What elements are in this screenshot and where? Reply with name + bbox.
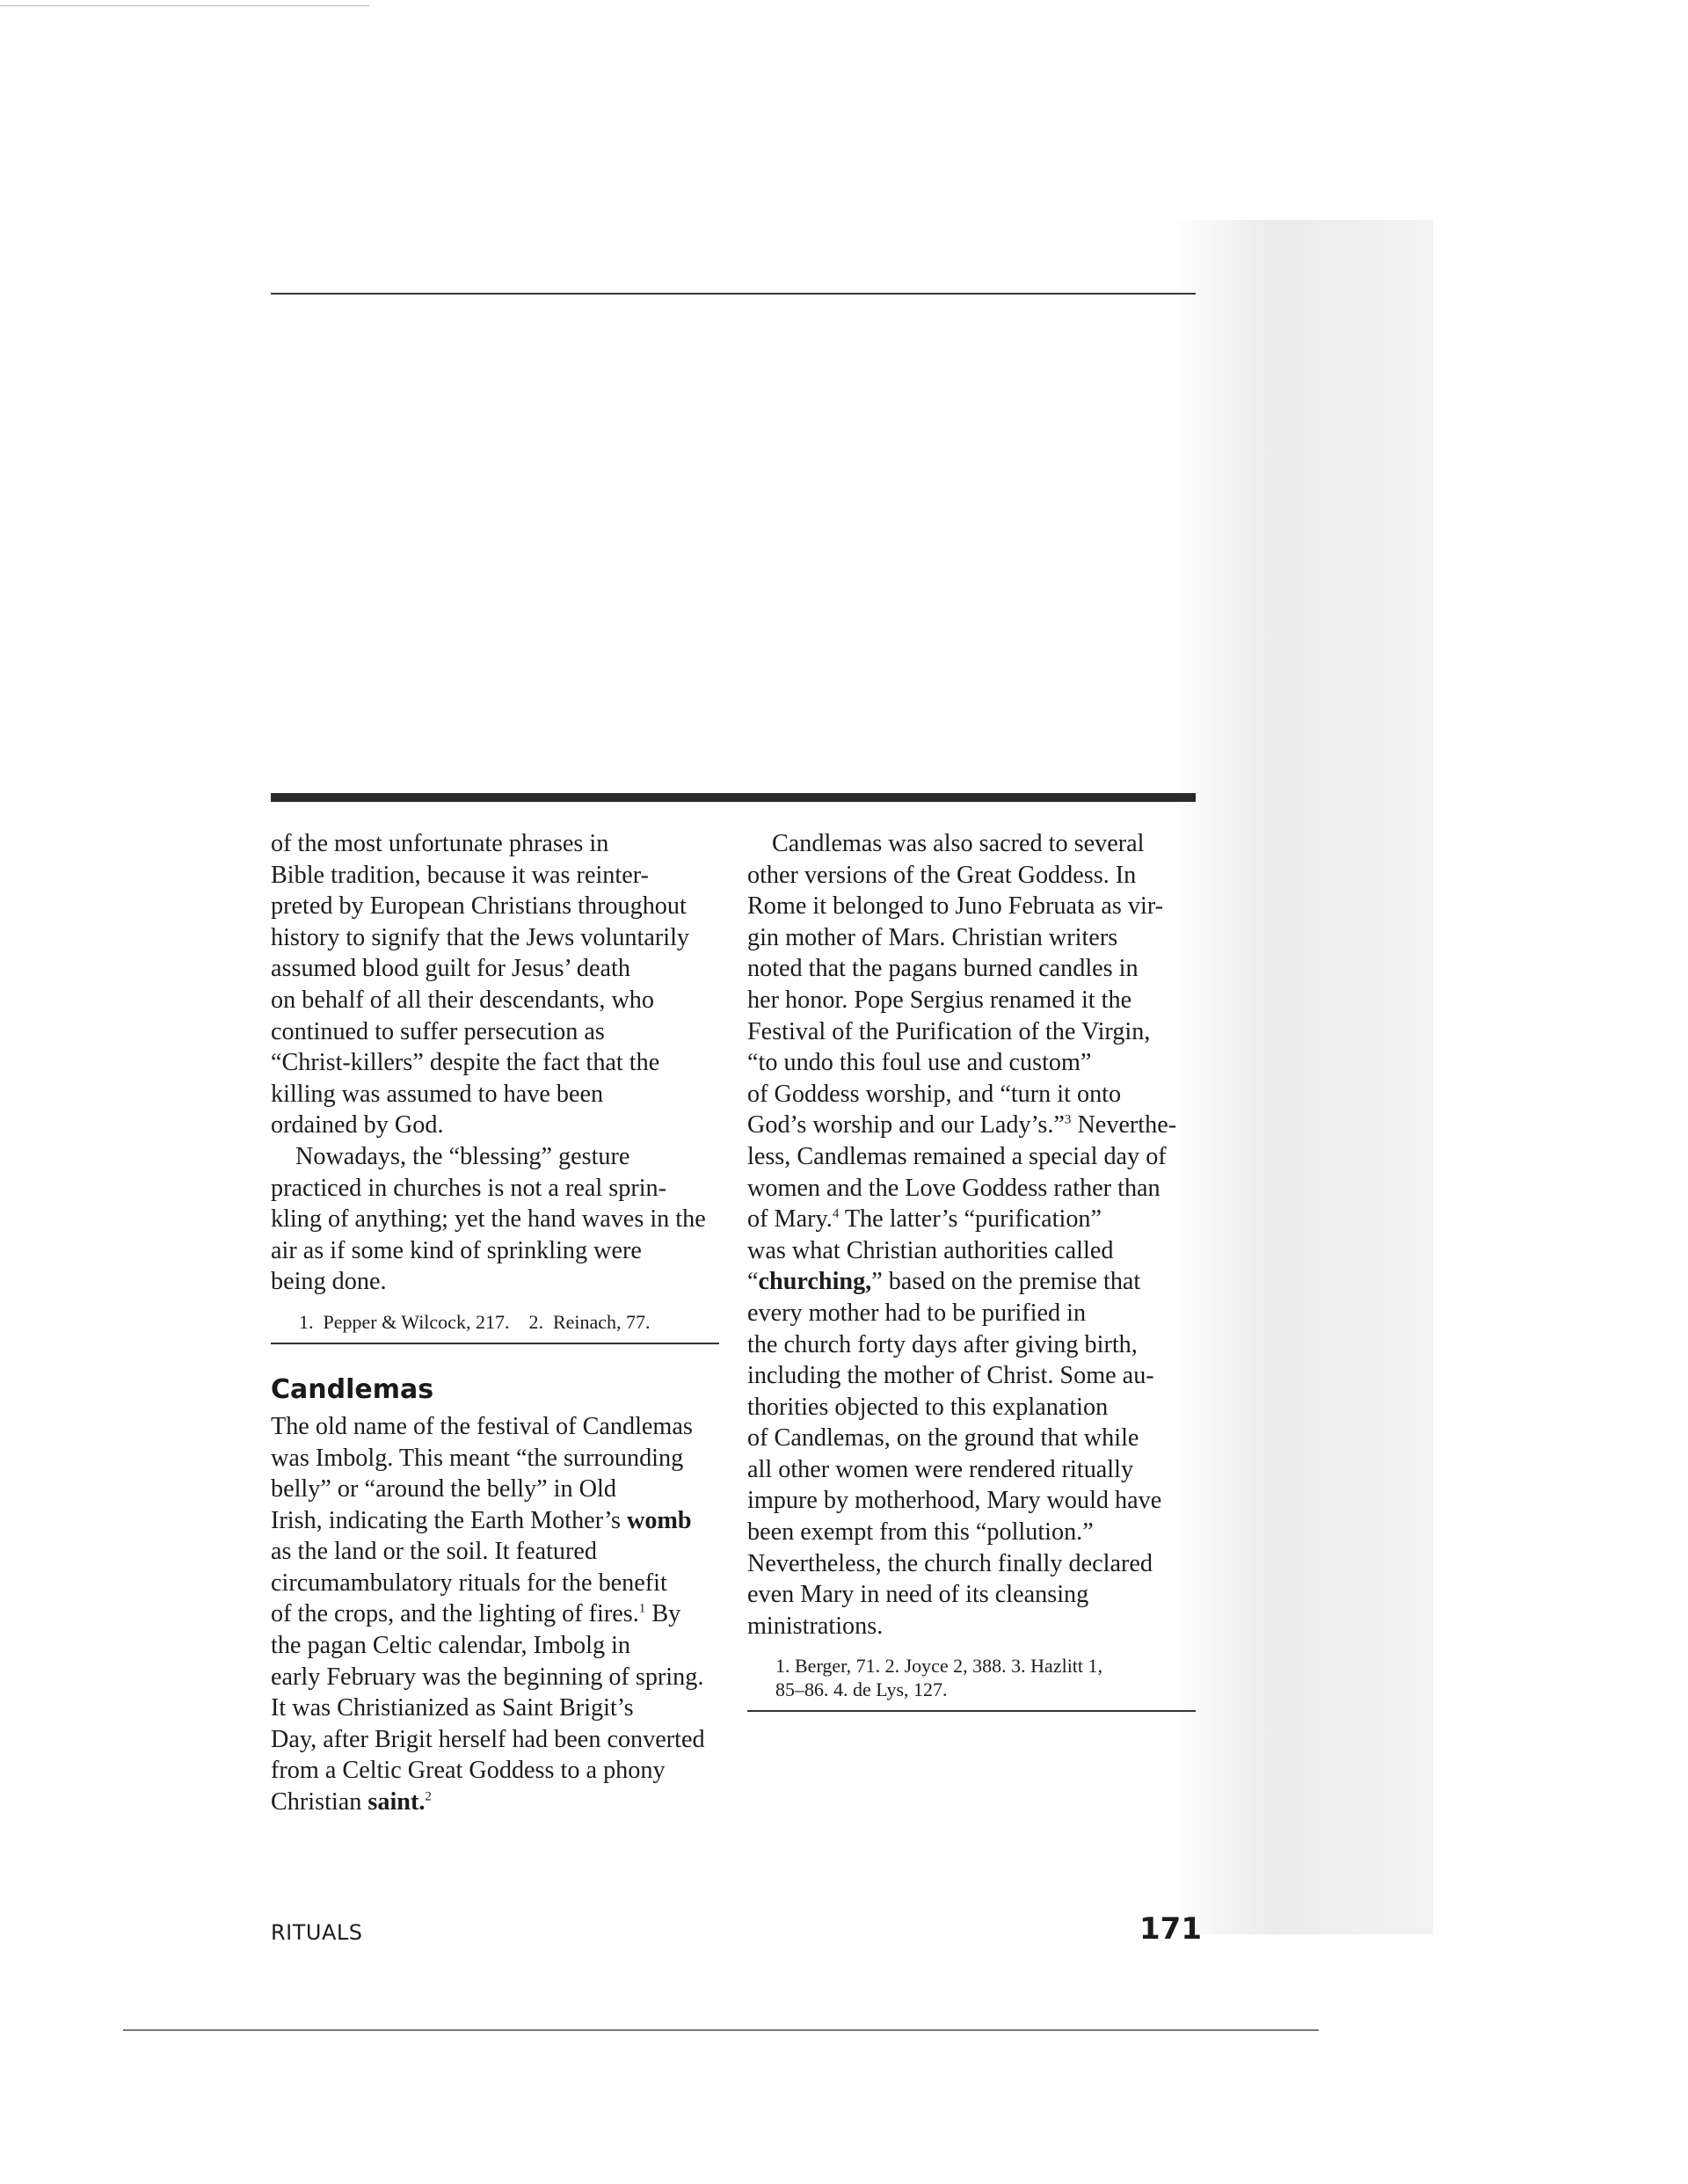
cross-reference: saint. <box>367 1788 425 1816</box>
right-column: Candlemas was also sacred to several oth… <box>747 828 1196 1712</box>
text-line: the pagan Celtic calendar, Imbolg in <box>271 1630 719 1662</box>
text-line: Irish, indicating the Earth Mother’s wom… <box>271 1505 719 1537</box>
text-line: killing was assumed to have been <box>271 1079 719 1110</box>
cross-reference: womb <box>627 1507 692 1534</box>
paragraph-nowadays: Nowadays, the “blessing” gesture practic… <box>271 1141 719 1298</box>
text-line: less, Candlemas remained a special day o… <box>747 1141 1196 1173</box>
text-line: of the most unfortunate phrases in <box>271 828 719 860</box>
text-line: noted that the pagans burned candles in <box>747 953 1196 985</box>
text-line: Festival of the Purification of the Virg… <box>747 1016 1196 1048</box>
text-line: Bible tradition, because it was reinter- <box>271 860 719 892</box>
text-line: assumed blood guilt for Jesus’ death <box>271 953 719 985</box>
section-rule <box>271 793 1196 802</box>
text-line: Nevertheless, the church finally declare… <box>747 1548 1196 1580</box>
text-line: on behalf of all their descendants, who <box>271 985 719 1016</box>
text-line: was Imbolg. This meant “the surrounding <box>271 1443 719 1474</box>
text-line: kling of anything; yet the hand waves in… <box>271 1204 719 1235</box>
text-line: Christian saint.2 <box>271 1787 719 1818</box>
footnote-line: 85–86. 4. de Lys, 127. <box>775 1678 1196 1701</box>
text-run: ” based on the premise that <box>871 1268 1140 1295</box>
text-line: Nowadays, the “blessing” gesture <box>271 1141 719 1173</box>
text-line: God’s worship and our Lady’s.”3 Neverthe… <box>747 1110 1196 1141</box>
footnote-rule <box>747 1710 1196 1712</box>
text-line: air as if some kind of sprinkling were <box>271 1235 719 1267</box>
text-line: every mother had to be purified in <box>747 1298 1196 1329</box>
text-line: gin mother of Mars. Christian writers <box>747 922 1196 954</box>
text-line: Rome it belonged to Juno Februata as vir… <box>747 891 1196 922</box>
text-line: of Mary.4 The latter’s “purification” <box>747 1204 1196 1235</box>
text-run: God’s worship and our Lady’s.” <box>747 1111 1065 1139</box>
text-line: as the land or the soil. It featured <box>271 1536 719 1568</box>
text-line: belly” or “around the belly” in Old <box>271 1474 719 1505</box>
text-line: her honor. Pope Sergius renamed it the <box>747 985 1196 1016</box>
text-line: history to signify that the Jews volunta… <box>271 922 719 954</box>
text-line: continued to suffer persecution as <box>271 1016 719 1048</box>
page-number: 171 <box>1139 1911 1202 1947</box>
text-line: all other women were rendered ritually <box>747 1454 1196 1486</box>
text-line: ordained by God. <box>271 1110 719 1141</box>
text-line: practiced in churches is not a real spri… <box>271 1173 719 1205</box>
text-line: from a Celtic Great Goddess to a phony <box>271 1755 719 1787</box>
footnote-line: 1. Berger, 71. 2. Joyce 2, 388. 3. Hazli… <box>775 1654 1196 1678</box>
top-rule <box>271 293 1196 295</box>
text-line: circumambulatory rituals for the benefit <box>271 1568 719 1599</box>
text-line: women and the Love Goddess rather than <box>747 1173 1196 1205</box>
paragraph-candlemas-sacred: Candlemas was also sacred to several oth… <box>747 828 1196 1642</box>
text-line: of the crops, and the lighting of fires.… <box>271 1598 719 1630</box>
text-line: being done. <box>271 1266 719 1298</box>
text-run: of the crops, and the lighting of fires. <box>271 1600 639 1627</box>
text-run: The latter’s “purification” <box>839 1205 1102 1233</box>
text-line: Candlemas was also sacred to several <box>747 828 1196 860</box>
text-line: the church forty days after giving birth… <box>747 1329 1196 1361</box>
text-line: The old name of the festival of Candlema… <box>271 1411 719 1443</box>
text-line: “to undo this foul use and custom” <box>747 1047 1196 1079</box>
footnotes: 1. Berger, 71. 2. Joyce 2, 388. 3. Hazli… <box>747 1654 1196 1701</box>
footnote-rule <box>271 1343 719 1344</box>
text-line: of Goddess worship, and “turn it onto <box>747 1079 1196 1110</box>
text-line: ministrations. <box>747 1611 1196 1642</box>
text-run: Neverthe- <box>1071 1111 1176 1139</box>
text-run: Irish, indicating the Earth Mother’s <box>271 1507 627 1534</box>
text-line: been exempt from this “pollution.” <box>747 1517 1196 1548</box>
footnotes: 1. Pepper & Wilcock, 217. 2. Reinach, 77… <box>271 1310 719 1334</box>
paragraph-continued: of the most unfortunate phrases in Bible… <box>271 828 719 1141</box>
bottom-edge-rule <box>123 2029 1319 2031</box>
entry-heading: Candlemas <box>271 1372 719 1408</box>
text-line: thorities objected to this explanation <box>747 1392 1196 1423</box>
text-line: was what Christian authorities called <box>747 1235 1196 1267</box>
scan-shadow <box>1169 220 1433 1934</box>
cross-reference: churching, <box>759 1268 872 1295</box>
text-run: of Mary. <box>747 1205 833 1233</box>
scan-edge <box>0 5 369 6</box>
text-line: impure by motherhood, Mary would have <box>747 1485 1196 1517</box>
text-line: preted by European Christians throughout <box>271 891 719 922</box>
text-line: even Mary in need of its cleansing <box>747 1579 1196 1611</box>
text-line: “churching,” based on the premise that <box>747 1266 1196 1298</box>
left-column: of the most unfortunate phrases in Bible… <box>271 828 719 1818</box>
text-line: of Candlemas, on the ground that while <box>747 1423 1196 1454</box>
running-footer: RITUALS <box>271 1920 363 1945</box>
text-run: By <box>645 1600 680 1627</box>
text-line: Day, after Brigit herself had been conve… <box>271 1724 719 1756</box>
text-line: early February was the beginning of spri… <box>271 1662 719 1693</box>
footnote-marker: 2 <box>425 1790 432 1804</box>
text-line: It was Christianized as Saint Brigit’s <box>271 1693 719 1724</box>
text-line: other versions of the Great Goddess. In <box>747 860 1196 892</box>
text-run: Christian <box>271 1788 367 1816</box>
text-run: “ <box>747 1268 759 1295</box>
text-line: “Christ-killers” despite the fact that t… <box>271 1047 719 1079</box>
text-line: including the mother of Christ. Some au- <box>747 1360 1196 1392</box>
entry-paragraph: The old name of the festival of Candlema… <box>271 1411 719 1818</box>
